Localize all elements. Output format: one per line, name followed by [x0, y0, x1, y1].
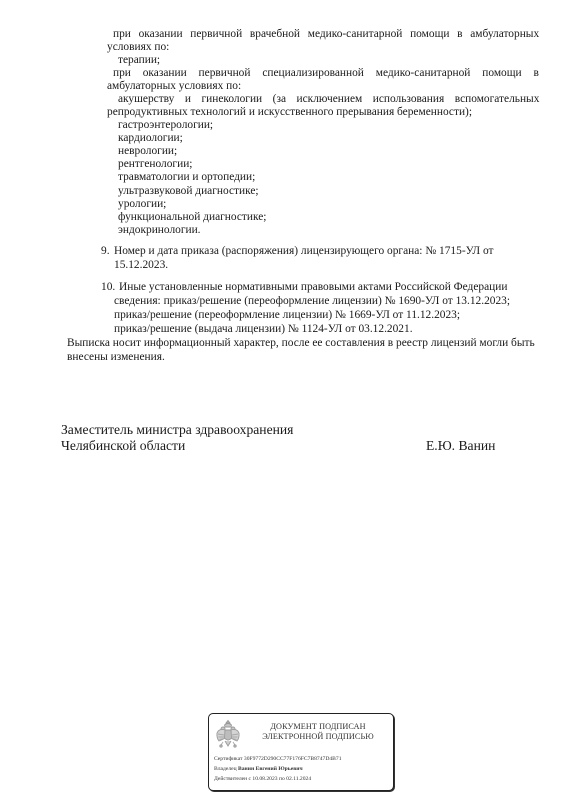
item10-number: 10.: [101, 281, 115, 294]
item9-line1: Номер и дата приказа (распоряжения) лице…: [114, 245, 494, 258]
item10-line1: Иные установленные нормативными правовым…: [119, 281, 507, 294]
item9-number: 9.: [101, 245, 110, 258]
stamp-owner: Владелец Ванин Евгений Юрьевич: [214, 766, 303, 773]
coat-of-arms-icon: [215, 719, 241, 751]
specialty-item: эндокринологии.: [118, 224, 201, 237]
stamp-certificate: Сертификат 30F9772D290CC77F176FC7B8747D4…: [214, 756, 342, 763]
owner-value: Ванин Евгений Юрьевич: [238, 766, 303, 772]
signatory-name: Е.Ю. Ванин: [426, 438, 495, 454]
therapy-item: терапии;: [118, 54, 160, 67]
stamp-title-line1: ДОКУМЕНТ ПОДПИСАН: [249, 722, 387, 732]
specialized-care-line1: при оказании первичной специализированно…: [113, 67, 539, 80]
specialty-item: кардиологии;: [118, 132, 183, 145]
specialty-item: неврологии;: [118, 145, 177, 158]
signatory-position-line1: Заместитель министра здравоохранения: [61, 422, 293, 438]
item10-detail-line: сведения: приказ/решение (переоформление…: [114, 295, 510, 308]
obstetrics-line2: репродуктивных технологий и искусственно…: [107, 106, 472, 119]
disclaimer-line1: Выписка носит информационный характер, п…: [67, 337, 535, 350]
primary-care-line1: при оказании первичной врачебной медико-…: [113, 28, 539, 41]
owner-label: Владелец: [214, 766, 237, 772]
specialty-item: гастроэнтерологии;: [118, 119, 213, 132]
specialty-item: урологии;: [118, 198, 166, 211]
electronic-signature-stamp: ДОКУМЕНТ ПОДПИСАН ЭЛЕКТРОННОЙ ПОДПИСЬЮ С…: [208, 713, 394, 791]
specialty-item: рентгенологии;: [118, 158, 192, 171]
stamp-title-line2: ЭЛЕКТРОННОЙ ПОДПИСЬЮ: [249, 732, 387, 742]
obstetrics-line1: акушерству и гинекологии (за исключением…: [118, 93, 539, 106]
stamp-title: ДОКУМЕНТ ПОДПИСАН ЭЛЕКТРОННОЙ ПОДПИСЬЮ: [249, 722, 387, 742]
certificate-value: 30F9772D290CC77F176FC7B8747D4B71: [244, 756, 342, 762]
item10-detail-line: приказ/решение (переоформление лицензии)…: [114, 309, 460, 322]
primary-care-line2: условиях по:: [107, 41, 169, 54]
document-page: при оказании первичной врачебной медико-…: [0, 0, 565, 800]
specialty-item: функциональной диагностике;: [118, 211, 266, 224]
specialized-care-line2: амбулаторных условиях по:: [107, 80, 241, 93]
item9-line2: 15.12.2023.: [114, 259, 168, 272]
specialty-item: травматологии и ортопедии;: [118, 171, 255, 184]
stamp-validity: Действителен с 10.08.2023 по 02.11.2024: [214, 776, 311, 783]
certificate-label: Сертификат: [214, 756, 242, 762]
signatory-position-line2: Челябинской области: [61, 438, 185, 454]
disclaimer-line2: внесены изменения.: [67, 351, 165, 364]
item10-detail-line: приказ/решение (выдача лицензии) № 1124-…: [114, 323, 413, 336]
specialty-item: ультразвуковой диагностике;: [118, 185, 259, 198]
